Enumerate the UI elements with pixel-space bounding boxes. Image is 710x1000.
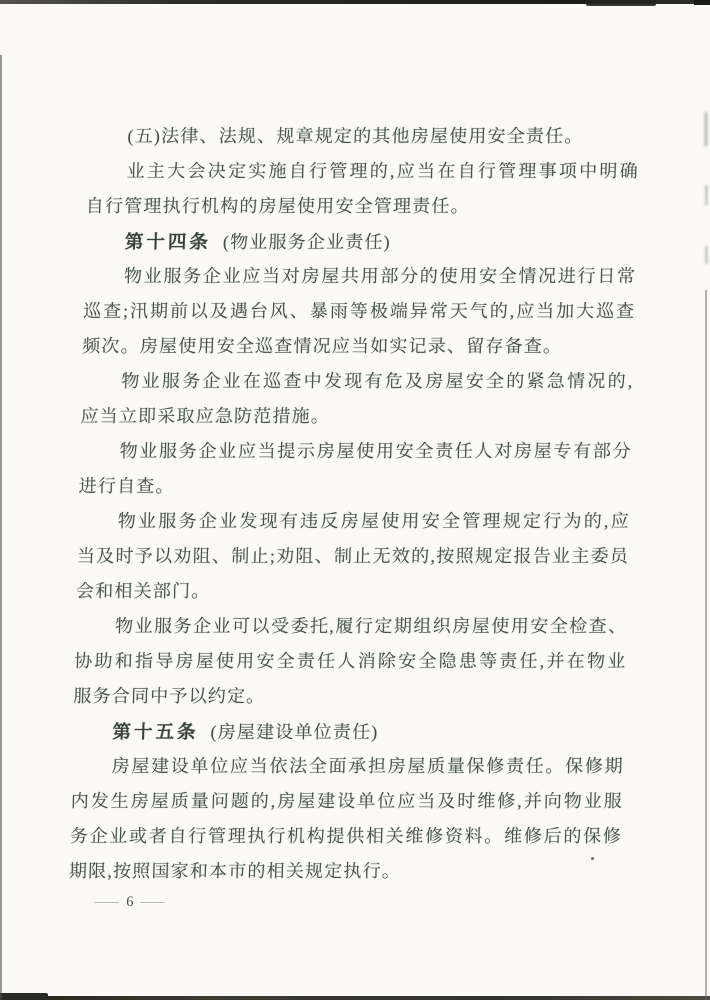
scan-smudge [705, 185, 708, 205]
article-heading-14: 第十四条(物业服务企业责任) [84, 224, 636, 259]
paragraph-line: 服务合同中予以约定。 [73, 679, 625, 714]
paragraph-line: 业主大会决定实施自行管理的,应当在自行管理事项中明确 [86, 154, 638, 189]
paragraph-line: 自行管理执行机构的房屋使用安全管理责任。 [85, 189, 637, 224]
paragraph-line: 应当立即采取应急防范措施。 [80, 399, 632, 434]
article-number: 第十五条 [112, 721, 199, 742]
paragraph-line: 频次。房屋使用安全巡查情况应当如实记录、留存备查。 [82, 329, 634, 364]
paragraph-line: 内发生房屋质量问题的,房屋建设单位应当及时维修,并向物业服 [70, 784, 622, 819]
paragraph-line: 物业服务企业在巡查中发现有危及房屋安全的紧急情况的, [81, 364, 633, 399]
paragraph-line: 房屋建设单位应当依法全面承担房屋质量保修责任。保修期 [71, 749, 623, 784]
paragraph-line: 协助和指导房屋使用安全责任人消除安全隐患等责任,并在物业 [74, 644, 626, 679]
paragraph-line: 务企业或者自行管理执行机构提供相关维修资料。维修后的保修 [69, 819, 621, 854]
article-number: 第十四条 [125, 231, 212, 252]
article-title: (物业服务企业责任) [223, 232, 392, 252]
article-heading-15: 第十五条(房屋建设单位责任) [72, 714, 624, 749]
paragraph-line: 物业服务企业发现有违反房屋使用安全管理规定行为的,应 [77, 504, 629, 539]
paragraph-line: 物业服务企业可以受委托,履行定期组织房屋使用安全检查、 [75, 609, 627, 644]
paragraph-line: 当及时予以劝阻、制止;劝阻、制止无效的,按照规定报告业主委员 [76, 539, 628, 574]
document-body: (五)法律、法规、规章规定的其他房屋使用安全责任。 业主大会决定实施自行管理的,… [68, 119, 639, 915]
footer-page-number: 6 [126, 889, 134, 915]
scan-artifact-right-edge [705, 290, 707, 1000]
paragraph-line: (五)法律、法规、规章规定的其他房屋使用安全责任。 [87, 119, 639, 154]
footer-dash-right: — [141, 889, 166, 915]
scan-artifact-bottom-edge [0, 996, 710, 1000]
scan-artifact-bottom-left [0, 993, 48, 1000]
scan-smudge [705, 246, 708, 264]
paragraph-line: 巡查;汛期前以及遇台风、暴雨等极端异常天气的,应当加大巡查 [83, 294, 635, 329]
paragraph-line: 期限,按照国家和本市的相关规定执行。 [69, 854, 621, 889]
footer-dash-left: — [94, 889, 119, 915]
scan-artifact-left-edge [0, 55, 2, 1000]
page-number-footer: —6— [68, 889, 620, 915]
paragraph-line: 会和相关部门。 [76, 574, 628, 609]
paragraph-line: 物业服务企业应当提示房屋使用安全责任人对房屋专有部分 [79, 434, 631, 469]
article-title: (房屋建设单位责任) [210, 722, 379, 742]
paragraph-line: 进行自查。 [78, 469, 630, 504]
scan-artifact-top-corner [694, 0, 710, 5]
scan-smudge [704, 112, 708, 146]
paragraph-line: 物业服务企业应当对房屋共用部分的使用安全情况进行日常 [84, 259, 636, 294]
scan-artifact-top-right [586, 0, 656, 6]
